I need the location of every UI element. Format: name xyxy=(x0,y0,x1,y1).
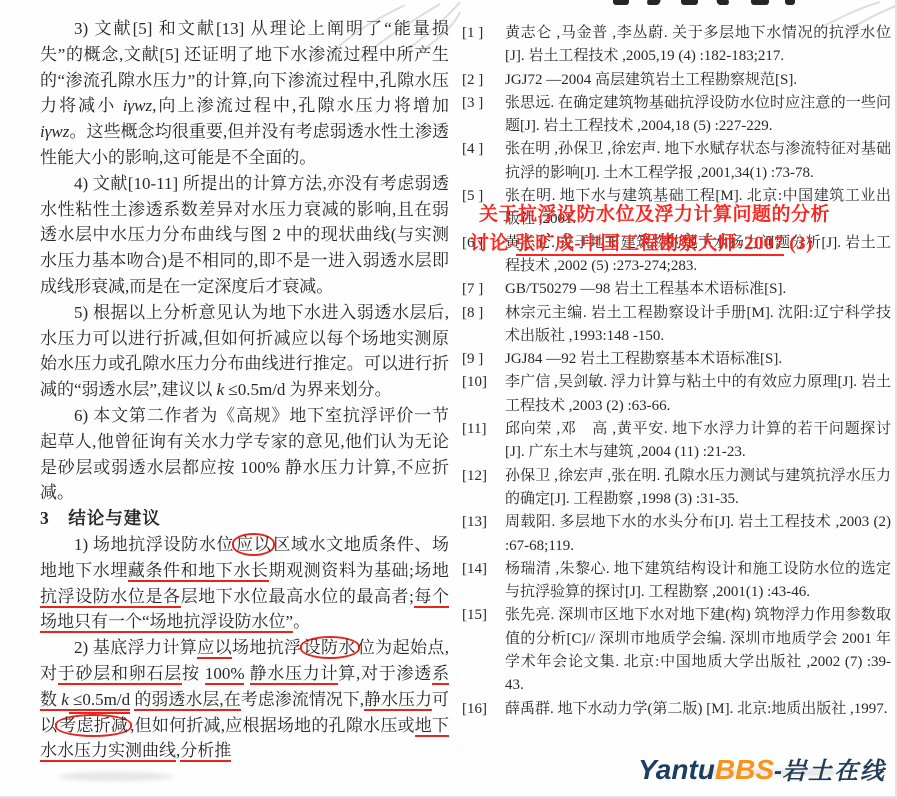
reference-text: JGJ72 —2004 高层建筑岩土工程勘察规范[S]. xyxy=(505,72,797,88)
paragraph: 2) 基底浮力计算应以场地抗浮设防水位为起始点,对于砂层和卵石层按 100% 静… xyxy=(40,635,449,764)
red-pen-marked-text: 应以 xyxy=(232,533,275,556)
reference-item: [8 ]林宗元主编. 岩土工程勘察设计手册[M]. 沈阳:辽宁科学技术出版社 ,… xyxy=(455,302,891,349)
reference-text: 张先亮. 深圳市区地下水对地下建(构) 筑物浮力作用参数取值的分析[C]// 深… xyxy=(505,607,891,693)
reference-number: [2 ] xyxy=(462,69,483,92)
reference-text: JGJ84 —92 岩土工程勘察基本术语标准[S]. xyxy=(505,351,782,367)
reference-number: [13] xyxy=(462,511,487,534)
body-text: 场地抗浮 xyxy=(232,638,302,657)
red-pen-marked-text: 静水压力 xyxy=(364,690,432,711)
left-column: 3) 文献[5] 和文献[13] 从理论上阐明了“能量损失”的概念,文献[5] … xyxy=(40,16,449,764)
reference-item: [15]张先亮. 深圳市区地下水对地下建(构) 筑物浮力作用参数取值的分析[C]… xyxy=(455,604,891,697)
reference-text: 周载阳. 多层地下水的水头分布[J]. 岩土工程技术 ,2003 (2) :67… xyxy=(505,514,891,553)
red-pen-marked-text: 设防水 xyxy=(300,636,360,659)
reference-item: [1 ]黄志仑 ,马金普 ,李丛蔚. 关于多层地下水情况的抗浮水位[J]. 岩土… xyxy=(455,22,891,69)
reference-number: [16] xyxy=(462,698,487,721)
body-text: 6) 本文第二作者为《高规》地下室抗浮评价一节起草人,他曾征询有关水力学专家的意… xyxy=(40,406,449,502)
reference-text: 李广信 ,吴剑敏. 浮力计算与粘土中的有效应力原理[J]. 岩土工程技术 ,20… xyxy=(505,374,891,413)
red-annotation-title: 关于抗浮设防水位及浮力计算问题的分析 xyxy=(479,199,830,226)
red-pen-marked-text: iγwz xyxy=(123,96,152,115)
reference-number: [12] xyxy=(462,465,487,488)
body-text: 算,对于渗透 xyxy=(338,664,432,683)
red-annotation-source-prefix: 讨论- xyxy=(470,233,516,254)
reference-item: [14]杨瑞清 ,朱黎心. 地下建筑结构设计和施工设防水位的选定与抗浮验算的探讨… xyxy=(455,558,891,605)
reference-text: 杨瑞清 ,朱黎心. 地下建筑结构设计和施工设防水位的选定与抗浮验算的探讨[J].… xyxy=(505,561,891,600)
logo-chinese-text: 岩土在线 xyxy=(782,758,886,785)
body-text: 3 结论与建议 xyxy=(40,508,161,528)
body-text: 按 xyxy=(182,664,205,683)
reference-text: GB/T50279 —98 岩土工程基本术语标准[S]. xyxy=(505,281,786,297)
paragraph: 4) 文献[10-11] 所提出的计算方法,亦没有考虑弱透水性粘性土渗透系数差异… xyxy=(40,171,449,300)
reference-item: [16]薛禹群. 地下水动力学(第二版) [M]. 北京:地质出版社 ,1997… xyxy=(455,698,891,721)
scan-smudge xyxy=(58,772,173,781)
red-pen-marked-text: k xyxy=(217,380,225,399)
body-text: ,但如何折减,应根据场地的孔隙水压或 xyxy=(130,716,415,735)
red-pen-marked-text: 100% xyxy=(205,664,245,685)
body-text: 考虑渗流情况下, xyxy=(241,690,364,709)
red-pen-marked-text: 分析推 xyxy=(180,741,231,762)
body-text: 2) 基底浮力计算 xyxy=(74,638,197,657)
reference-text: 黄志仑 ,马金普 ,李丛蔚. 关于多层地下水情况的抗浮水位[J]. 岩土工程技术… xyxy=(505,25,891,64)
section-heading: 3 结论与建议 xyxy=(40,506,449,532)
red-pen-marked-text: k xyxy=(61,690,69,711)
red-annotation-source-issue: (3) xyxy=(784,233,813,254)
body-text: 层地下水位最高水位的最高者; xyxy=(181,587,414,606)
reference-item: [9 ]JGJ84 —92 岩土工程勘察基本术语标准[S]. xyxy=(455,348,891,371)
reference-number: [14] xyxy=(462,558,487,581)
reference-number: [9 ] xyxy=(462,348,483,371)
reference-list: [1 ]黄志仑 ,马金普 ,李丛蔚. 关于多层地下水情况的抗浮水位[J]. 岩土… xyxy=(455,22,891,721)
reference-text: 张思远. 在确定建筑物基础抗浮设防水位时应注意的一些问题[J]. 岩土工程技术 … xyxy=(505,95,891,134)
body-text: 期观测资料为基础;场地 xyxy=(269,561,450,580)
reference-text: 薛禹群. 地下水动力学(第二版) [M]. 北京:地质出版社 ,1997. xyxy=(505,701,888,717)
red-annotation-source: 讨论-张旷成-中国工程勘察大师-2007 (3) xyxy=(470,228,813,255)
red-pen-marked-text: 的弱透水层,在 xyxy=(134,690,240,711)
reference-text: 张在明 ,孙保卫 ,徐宏声. 地下水赋存状态与渗流特征对基础抗浮的影响[J]. … xyxy=(505,141,891,180)
reference-number: [3 ] xyxy=(462,92,483,115)
body-text: 1) 场地抗浮设防水位 xyxy=(74,535,234,554)
red-pen-marked-text: iγwz xyxy=(40,122,69,141)
reference-number: [10] xyxy=(462,371,487,394)
reference-item: [2 ]JGJ72 —2004 高层建筑岩土工程勘察规范[S]. xyxy=(455,69,891,92)
paragraph: 6) 本文第二作者为《高规》地下室抗浮评价一节起草人,他曾征询有关水力学专家的意… xyxy=(40,403,449,506)
reference-number: [8 ] xyxy=(462,302,483,325)
paragraph: 1) 场地抗浮设防水位应以区域水文地质条件、场地地下水埋藏条件和地下水长期观测资… xyxy=(40,532,449,635)
scanned-paper-page: 3) 文献[5] 和文献[13] 从理论上阐明了“能量损失”的概念,文献[5] … xyxy=(0,0,897,798)
red-pen-marked-text: 藏条件和地下水长 xyxy=(128,561,269,582)
reference-item: [11]邱向荣 ,邓 高 ,黄平安. 地下水浮力计算的若干问题探讨[J]. 广东… xyxy=(455,418,891,465)
red-pen-marked-text: 抗浮设防水位是各 xyxy=(40,587,181,608)
red-pen-marked-text: ≤0.5m/d xyxy=(69,690,130,714)
reference-item: [10]李广信 ,吴剑敏. 浮力计算与粘土中的有效应力原理[J]. 岩土工程技术… xyxy=(455,371,891,418)
reference-item: [7 ]GB/T50279 —98 岩土工程基本术语标准[S]. xyxy=(455,278,891,301)
body-text xyxy=(244,664,249,683)
reference-number: [4 ] xyxy=(462,138,483,161)
reference-number: [7 ] xyxy=(462,278,483,301)
reference-text: 邱向荣 ,邓 高 ,黄平安. 地下水浮力计算的若干问题探讨[J]. 广东土木与建… xyxy=(505,421,891,460)
reference-item: [3 ]张思远. 在确定建筑物基础抗浮设防水位时应注意的一些问题[J]. 岩土工… xyxy=(455,92,891,139)
logo-yantu-text: Yantu xyxy=(638,754,715,785)
reference-number: [1 ] xyxy=(462,22,483,45)
yantubbs-logo: YantuBBS-岩土在线 xyxy=(638,751,886,786)
logo-bbs-text: BBS xyxy=(715,754,774,785)
reference-text: 孙保卫 ,徐宏声 ,张在明. 孔隙水压力测试与建筑抗浮水压力的确定[J]. 工程… xyxy=(505,468,891,507)
red-pen-marked-text: 考虑折减 xyxy=(55,714,132,737)
reference-number: [15] xyxy=(462,604,487,627)
body-text: 。 xyxy=(293,612,310,631)
red-pen-marked-text: 于砂层和卵石层 xyxy=(58,664,182,685)
reference-item: [4 ]张在明 ,孙保卫 ,徐宏声. 地下水赋存状态与渗流特征对基础抗浮的影响[… xyxy=(455,138,891,185)
body-text: 4) 文献[10-11] 所提出的计算方法,亦没有考虑弱透水性粘性土渗透系数差异… xyxy=(40,174,449,296)
reference-item: [12]孙保卫 ,徐宏声 ,张在明. 孔隙水压力测试与建筑抗浮水压力的确定[J]… xyxy=(455,465,891,512)
red-annotation-source-main: 张旷成-中国工程勘察大师-2007 xyxy=(516,233,784,256)
reference-text: 林宗元主编. 岩土工程勘察设计手册[M]. 沈阳:辽宁科学技术出版社 ,1993… xyxy=(505,305,891,344)
body-text: 。这些概念均很重要,但并没有考虑弱透水性土渗透性能大小的影响,这可能是不全面的。 xyxy=(40,122,449,167)
red-pen-marked-text: 应以 xyxy=(197,638,232,659)
body-text: ≤0.5m/d 为界来划分。 xyxy=(224,380,392,399)
reference-number: [11] xyxy=(462,418,486,441)
paragraph: 5) 根据以上分析意见认为地下水进入弱透水层后,水压力可以进行折减,但如何折减应… xyxy=(40,300,449,403)
body-text: ,向上渗流过程中,孔隙水压力将增加 xyxy=(152,96,449,115)
paragraph: 3) 文献[5] 和文献[13] 从理论上阐明了“能量损失”的概念,文献[5] … xyxy=(40,16,449,171)
red-pen-marked-text: 静水压力计 xyxy=(250,664,339,685)
reference-item: [13]周载阳. 多层地下水的水头分布[J]. 岩土工程技术 ,2003 (2)… xyxy=(455,511,891,558)
logo-dash: - xyxy=(774,758,782,785)
